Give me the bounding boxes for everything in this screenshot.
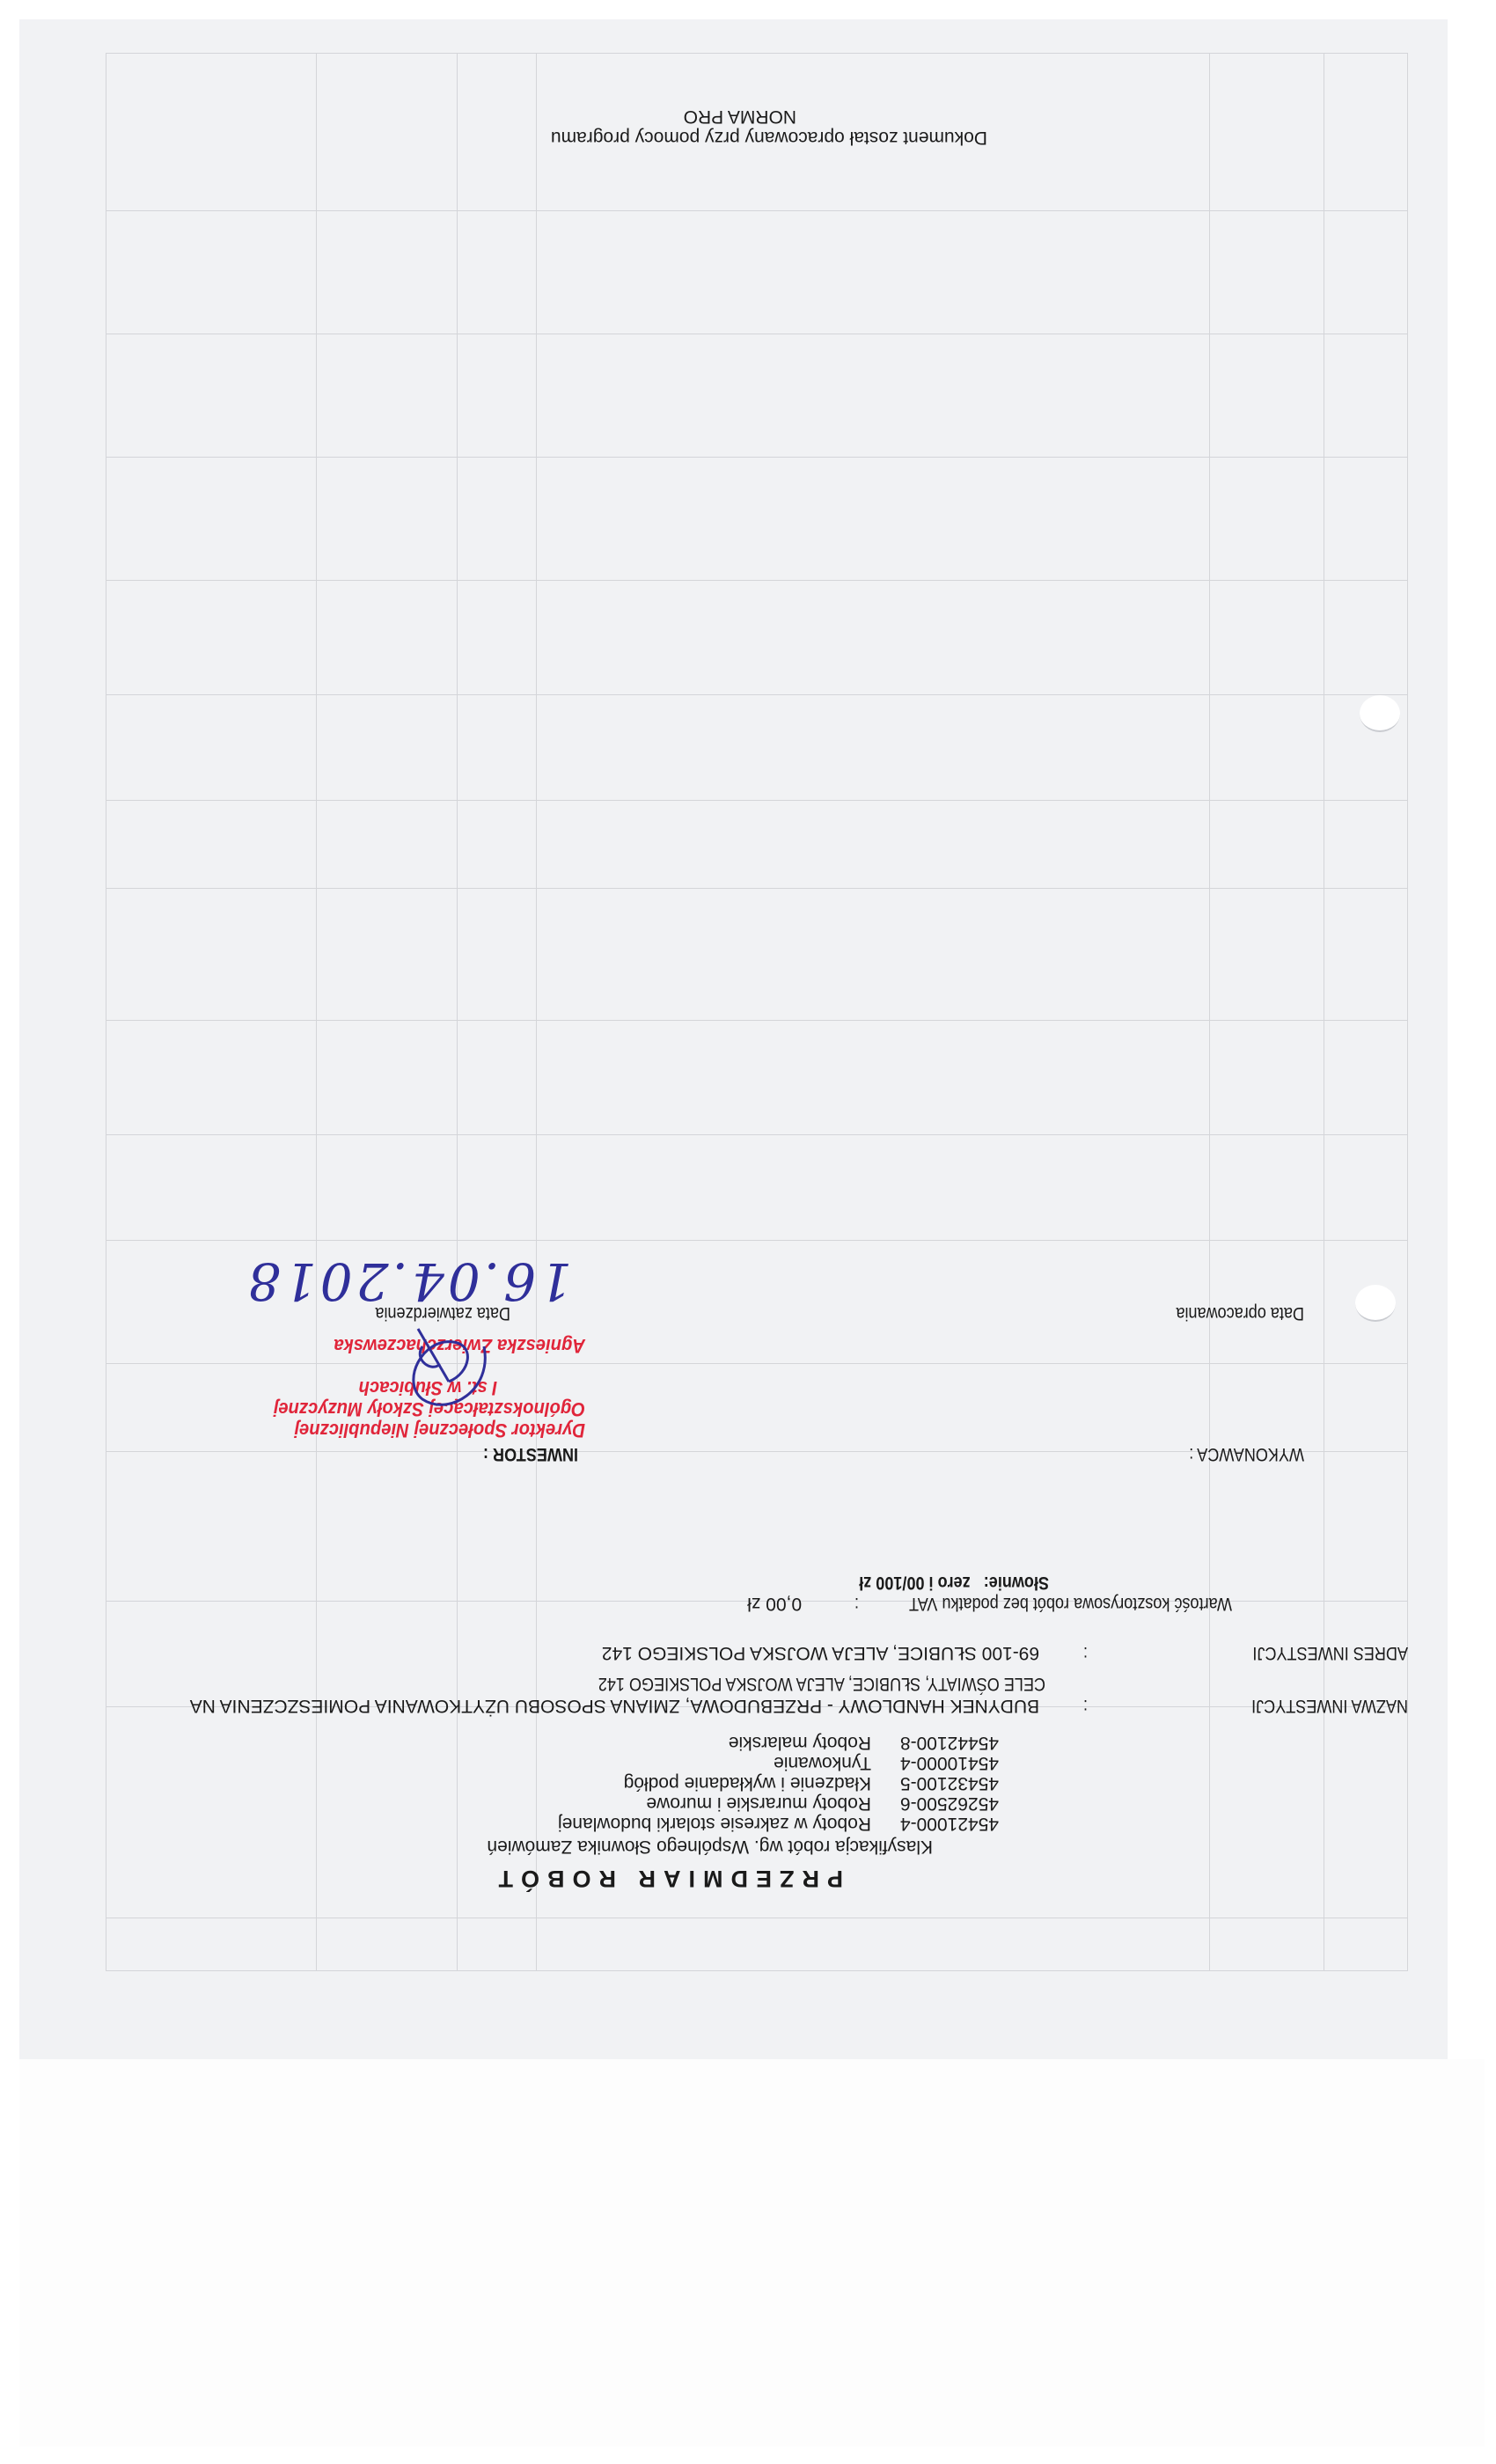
cpv-label: Kładzenie i wykładanie podłóg [624,1773,871,1793]
cpv-code: 45262500-6 [871,1793,999,1814]
signature-icon [396,1320,502,1426]
separator: : [813,1593,859,1614]
separator: : [1050,1695,1088,1716]
document-title: PRZEDMIAR ROBÓT [491,1865,844,1892]
investment-address-label: ADRES INWESTYCJI [1135,1642,1408,1663]
rotated-page: PRZEDMIAR ROBÓT Klasyfikacja robót wg. W… [0,0,1496,2464]
words-label: Słownie: [984,1573,1049,1593]
investment-name-label: NAZWA INWESTYCJI [1135,1695,1408,1716]
classification-heading: Klasyfikacja robót wg. Wspólnego Słownik… [487,1836,933,1857]
cost-value: 0,00 zł [747,1594,802,1614]
cpv-code: 45442100-8 [871,1732,999,1753]
words-value: zero i 00/100 zł [859,1573,971,1593]
cpv-code: 45410000-4 [871,1752,999,1773]
footer-generator-line: Dokument został opracowany przy pomocy p… [551,127,987,148]
approved-date-handwritten: 16.04.2018 [245,1251,572,1311]
cost-row: Wartość kosztorysowa robót bez podatku V… [747,1593,1232,1614]
investor-label: INWESTOR : [483,1443,578,1464]
cpv-code: 45432100-5 [871,1772,999,1793]
cpv-label: Roboty murarskie i murowe [646,1793,871,1814]
classification-item: 45421000-4Roboty w zakresie stolarki bud… [558,1814,999,1834]
investment-address-value: 69-100 SŁUBICE, ALEJA WOJSKA POLSKIEGO 1… [602,1643,1039,1663]
classification-item: 45410000-4Tynkowanie [558,1753,999,1773]
amount-in-words: Słownie: zero i 00/100 zł [859,1572,1049,1593]
investment-name-value-line2: CELE OŚWIATY, SŁUBICE, ALEJA WOJSKA POLS… [598,1673,1045,1694]
investment-address-row: ADRES INWESTYCJI : 69-100 SŁUBICE, ALEJA… [602,1642,1408,1663]
investment-name-row: NAZWA INWESTYCJI : BUDYNEK HANDLOWY - PR… [190,1695,1408,1716]
cpv-label: Tynkowanie [774,1753,871,1773]
cpv-label: Roboty malarskie [729,1733,871,1753]
classification-item: 45262500-6Roboty murarskie i murowe [558,1793,999,1814]
contractor-label: WYKONAWCA : [1189,1443,1304,1464]
separator: : [1050,1642,1088,1663]
footer-program-name: NORMA PRO [684,106,796,127]
cpv-label: Roboty w zakresie stolarki budowlanej [558,1814,871,1834]
cpv-code: 45421000-4 [871,1813,999,1834]
cost-label: Wartość kosztorysowa robót bez podatku V… [914,1593,1232,1614]
classification-list: 45421000-4Roboty w zakresie stolarki bud… [558,1733,999,1834]
classification-item: 45432100-5Kładzenie i wykładanie podłóg [558,1773,999,1793]
investment-name-value: BUDYNEK HANDLOWY - PRZEBUDOWA, ZMIANA SP… [190,1696,1039,1716]
prepared-date-label: Data opracowania [1176,1302,1304,1324]
classification-item: 45442100-8Roboty malarskie [558,1733,999,1753]
